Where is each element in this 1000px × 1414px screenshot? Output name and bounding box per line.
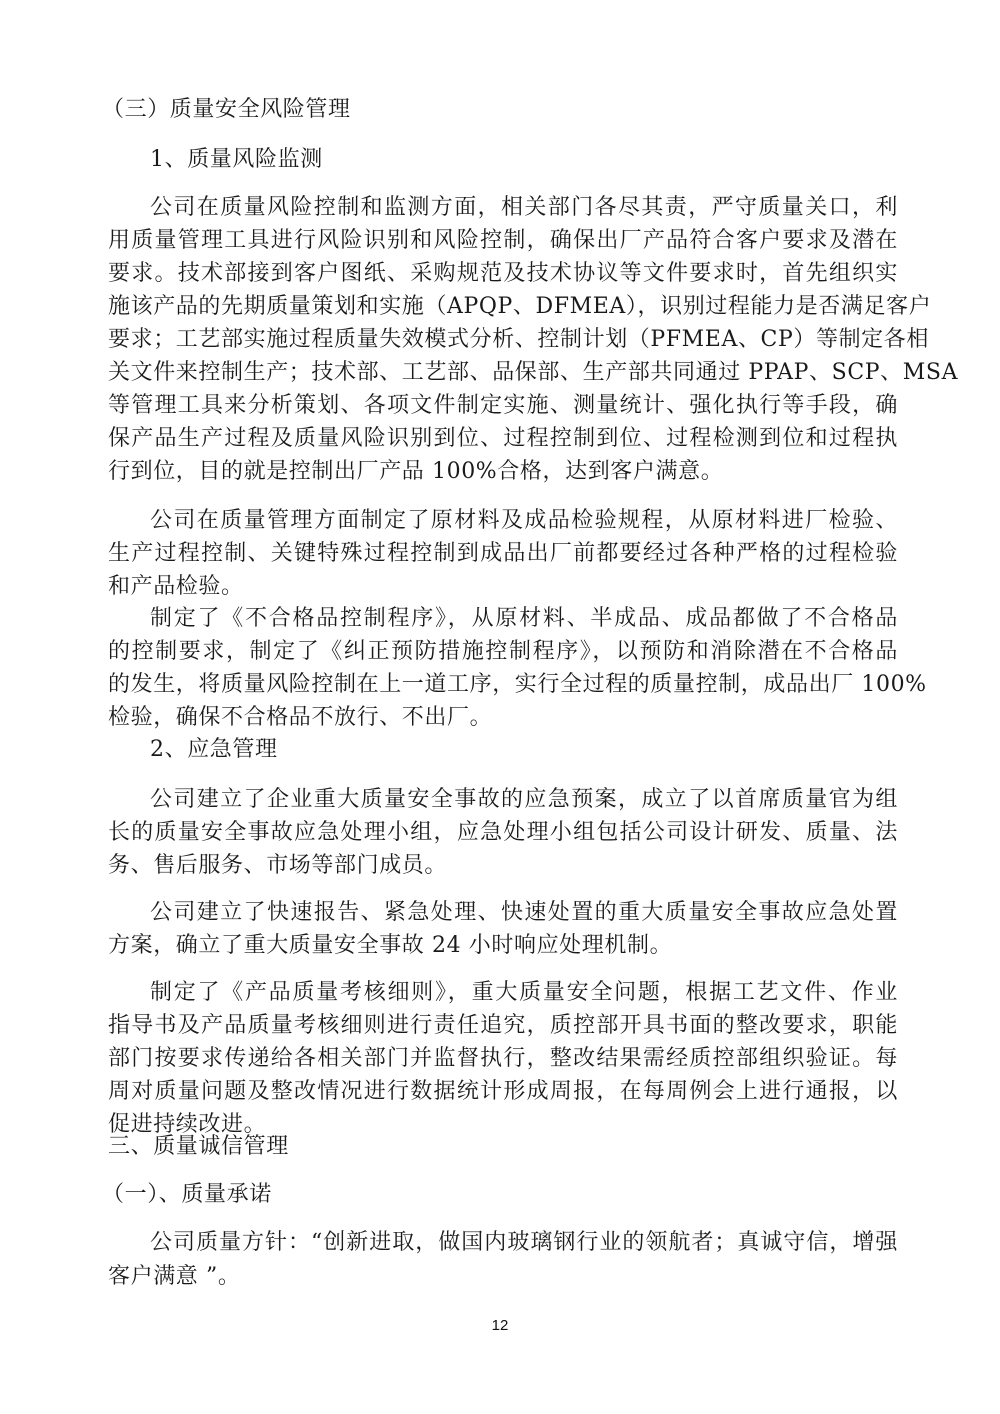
- text-line: 部门按要求传递给各相关部门并监督执行，整改结果需经质控部组织验证。每: [108, 1044, 898, 1074]
- text-line: 长的质量安全事故应急处理小组，应急处理小组包括公司设计研发、质量、法: [108, 818, 898, 848]
- document-page: （三）质量安全风险管理 1、质量风险监测 公司在质量风险控制和监测方面，相关部门…: [0, 0, 1000, 1414]
- text-line: 客户满意 ”。: [108, 1262, 898, 1292]
- text-line: 施该产品的先期质量策划和实施（APQP、DFMEA），识别过程能力是否满足客户: [108, 292, 898, 322]
- text-line: 指导书及产品质量考核细则进行责任追究，质控部开具书面的整改要求，职能: [108, 1011, 898, 1041]
- text-line: 方案，确立了重大质量安全事故 24 小时响应处理机制。: [108, 931, 898, 961]
- text-line: 制定了《不合格品控制程序》，从原材料、半成品、成品都做了不合格品: [150, 604, 898, 634]
- text-line: 等管理工具来分析策划、各项文件制定实施、测量统计、强化执行等手段，确: [108, 391, 898, 421]
- text-line: 检验，确保不合格品不放行、不出厂。: [108, 703, 898, 733]
- text-line: 行到位，目的就是控制出厂产品 100%合格，达到客户满意。: [108, 457, 898, 487]
- text-line: 关文件来控制生产；技术部、工艺部、品保部、生产部共同通过 PPAP、SCP、MS…: [108, 358, 898, 388]
- text-line: 公司在质量管理方面制定了原材料及成品检验规程，从原材料进厂检验、: [150, 506, 898, 536]
- subsection-heading-risk-monitoring: 1、质量风险监测: [150, 145, 940, 175]
- text-line: 保产品生产过程及质量风险识别到位、过程控制到位、过程检测到位和过程执: [108, 424, 898, 454]
- text-line: 制定了《产品质量考核细则》，重大质量安全问题，根据工艺文件、作业: [150, 978, 898, 1008]
- text-line: 务、售后服务、市场等部门成员。: [108, 851, 898, 881]
- text-line: 和产品检验。: [108, 572, 898, 602]
- text-line: 要求。技术部接到客户图纸、采购规范及技术协议等文件要求时，首先组织实: [108, 259, 898, 289]
- text-line: 周对质量问题及整改情况进行数据统计形成周报，在每周例会上进行通报，以: [108, 1077, 898, 1107]
- text-line: 的控制要求，制定了《纠正预防措施控制程序》，以预防和消除潜在不合格品: [108, 637, 898, 667]
- text-line: 公司建立了快速报告、紧急处理、快速处置的重大质量安全事故应急处置: [150, 898, 898, 928]
- subsection-heading-emergency-management: 2、应急管理: [150, 735, 940, 765]
- text-line: 生产过程控制、关键特殊过程控制到成品出厂前都要经过各种严格的过程检验: [108, 539, 898, 569]
- section-heading-integrity-management: 三、质量诚信管理: [108, 1132, 898, 1162]
- text-line: 的发生，将质量风险控制在上一道工序，实行全过程的质量控制，成品出厂 100%: [108, 670, 898, 700]
- section-heading-risk-management: （三）质量安全风险管理: [102, 95, 892, 125]
- text-line: 要求；工艺部实施过程质量失效模式分析、控制计划（PFMEA、CP）等制定各相: [108, 325, 898, 355]
- text-line: 公司在质量风险控制和监测方面，相关部门各尽其责，严守质量关口，利: [150, 193, 898, 223]
- subsection-heading-quality-commitment: （一）、质量承诺: [102, 1180, 892, 1210]
- text-line: 公司质量方针：“创新进取，做国内玻璃钢行业的领航者；真诚守信，增强: [150, 1228, 898, 1258]
- page-number: 12: [0, 1317, 1000, 1334]
- text-line: 用质量管理工具进行风险识别和风险控制，确保出厂产品符合客户要求及潜在: [108, 226, 898, 256]
- text-line: 公司建立了企业重大质量安全事故的应急预案，成立了以首席质量官为组: [150, 785, 898, 815]
